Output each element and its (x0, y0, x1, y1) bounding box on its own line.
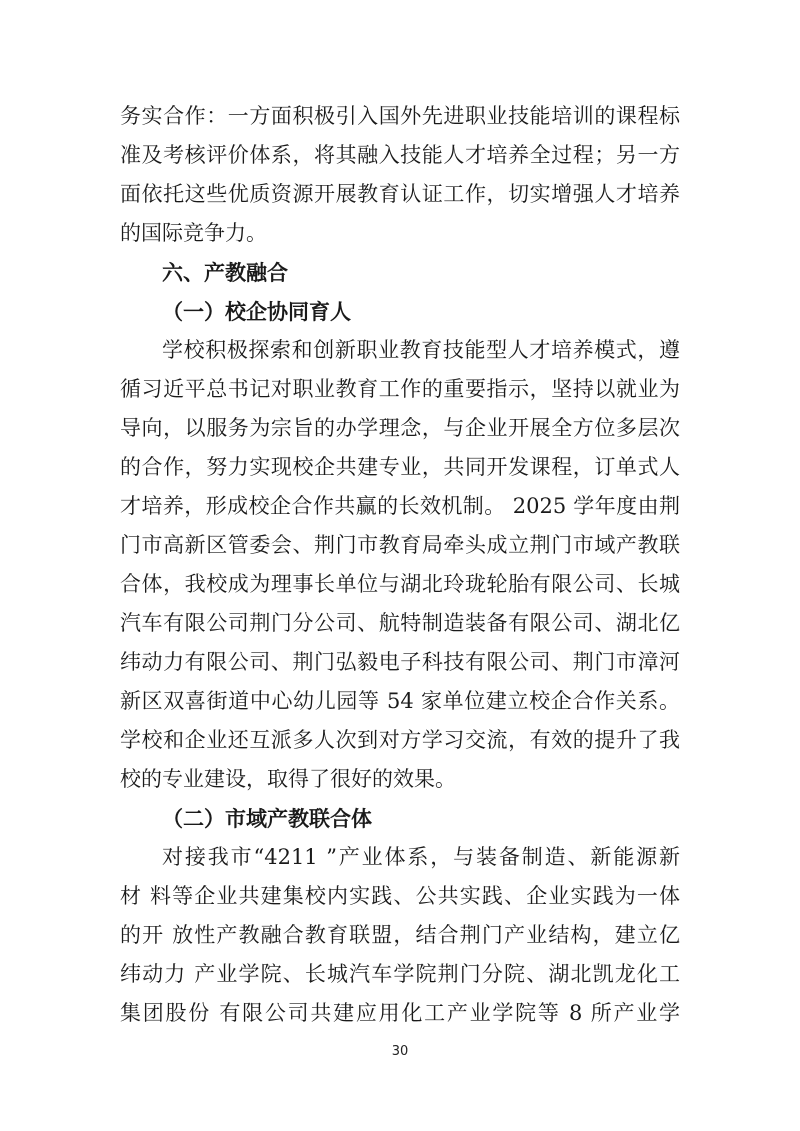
text-line: 的国际竞争力。 (120, 214, 680, 253)
text-line: 务实合作：一方面积极引入国外先进职业技能培训的课程标 (120, 97, 680, 136)
text-line: 汽车有限公司荆门分公司、航特制造装备有限公司、湖北亿 (120, 604, 680, 643)
paragraph-school-enterprise-cooperation: 学校积极探索和创新职业教育技能型人才培养模式，遵循习近平总书记对职业教育工作的重… (120, 331, 680, 799)
heading-section-six: 六、产教融合 (120, 253, 680, 292)
paragraph-international-cooperation-continued: 务实合作：一方面积极引入国外先进职业技能培训的课程标准及考核评价体系，将其融入技… (120, 97, 680, 253)
text-line: 材 料等企业共建集校内实践、公共实践、企业实践为一体 (120, 877, 680, 916)
document-body: 务实合作：一方面积极引入国外先进职业技能培训的课程标准及考核评价体系，将其融入技… (120, 97, 680, 1033)
text-line: 的开 放性产教融合教育联盟，结合荆门产业结构，建立亿 (120, 916, 680, 955)
page-number: 30 (392, 1044, 409, 1059)
text-line: 学校和企业还互派多人次到对方学习交流，有效的提升了我 (120, 721, 680, 760)
document-page: 务实合作：一方面积极引入国外先进职业技能培训的课程标准及考核评价体系，将其融入技… (0, 0, 800, 1131)
text-line: 合体，我校成为理事长单位与湖北玲珑轮胎有限公司、长城 (120, 565, 680, 604)
text-line: 的合作，努力实现校企共建专业，共同开发课程，订单式人 (120, 448, 680, 487)
text-line: （二）市域产教联合体 (120, 799, 680, 838)
text-line: （一）校企协同育人 (120, 292, 680, 331)
text-line: 集团股份 有限公司共建应用化工产业学院等 8 所产业学 (120, 994, 680, 1033)
text-line: 才培养，形成校企合作共赢的长效机制。 2025 学年度由荆 (120, 487, 680, 526)
heading-subsection-two: （二）市域产教联合体 (120, 799, 680, 838)
text-line: 对接我市“4211 ”产业体系，与装备制造、新能源新 (120, 838, 680, 877)
page-footer: 30 (0, 1044, 800, 1059)
text-line: 循习近平总书记对职业教育工作的重要指示，坚持以就业为 (120, 370, 680, 409)
text-line: 校的专业建设，取得了很好的效果。 (120, 760, 680, 799)
text-line: 学校积极探索和创新职业教育技能型人才培养模式，遵 (120, 331, 680, 370)
text-line: 纬动力 产业学院、长城汽车学院荆门分院、湖北凯龙化工 (120, 955, 680, 994)
text-line: 门市高新区管委会、荆门市教育局牵头成立荆门市域产教联 (120, 526, 680, 565)
text-line: 新区双喜街道中心幼儿园等 54 家单位建立校企合作关系。 (120, 682, 680, 721)
text-line: 纬动力有限公司、荆门弘毅电子科技有限公司、荆门市漳河 (120, 643, 680, 682)
text-line: 导向，以服务为宗旨的办学理念，与企业开展全方位多层次 (120, 409, 680, 448)
heading-subsection-one: （一）校企协同育人 (120, 292, 680, 331)
text-line: 六、产教融合 (120, 253, 680, 292)
text-line: 面依托这些优质资源开展教育认证工作，切实增强人才培养 (120, 175, 680, 214)
paragraph-regional-consortium: 对接我市“4211 ”产业体系，与装备制造、新能源新材 料等企业共建集校内实践、… (120, 838, 680, 1033)
text-line: 准及考核评价体系，将其融入技能人才培养全过程；另一方 (120, 136, 680, 175)
